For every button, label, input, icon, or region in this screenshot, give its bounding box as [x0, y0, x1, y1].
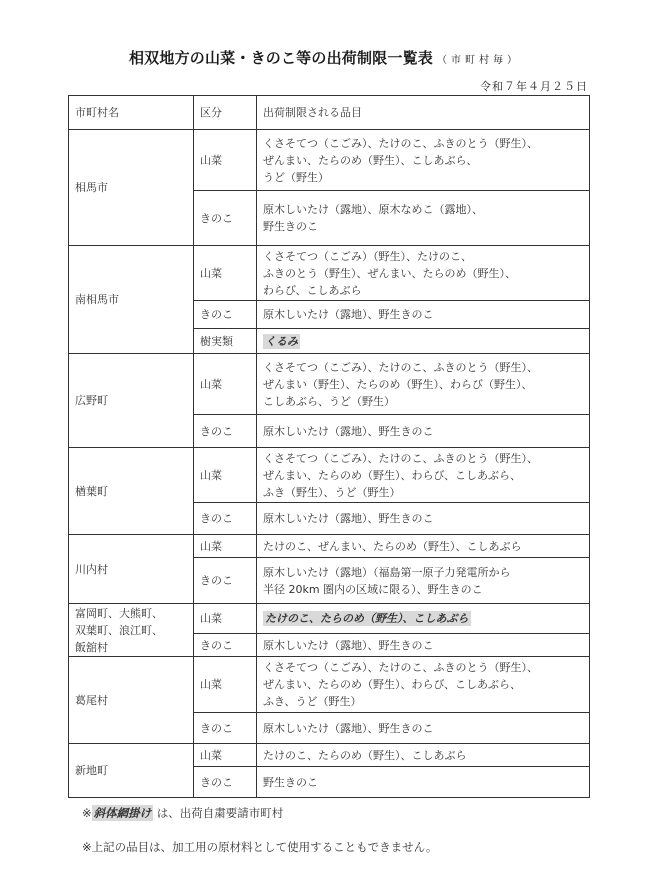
category-cell: きのこ	[194, 503, 257, 535]
item-line: 原木しいたけ（露地）、野生きのこ	[263, 637, 583, 654]
footnote-highlight-legend: ※斜体網掛け は、出荷自粛要請市町村	[82, 805, 283, 821]
municipality-line: 富岡町、大熊町、	[75, 605, 187, 622]
item-line: くさそてつ（こごみ）、たけのこ、ふきのとう（野生）、	[263, 450, 583, 467]
category-cell: 山菜	[194, 657, 257, 713]
items-cell: 原木しいたけ（露地）、野生きのこ	[257, 503, 590, 535]
footnote-processing: ※上記の品目は、加工用の原材料として使用することもできません。	[82, 839, 437, 855]
items-cell: 原木しいたけ（露地）、野生きのこ	[257, 713, 590, 744]
category-cell: 樹実類	[194, 329, 257, 354]
category-cell: 山菜	[194, 448, 257, 503]
category-cell: 山菜	[194, 535, 257, 558]
header-category: 区分	[194, 96, 257, 130]
item-line: くさそてつ（こごみ）（野生）、たけのこ、	[263, 248, 583, 265]
municipality-cell: 新地町	[69, 744, 194, 798]
items-cell: 原木しいたけ（露地）、野生きのこ	[257, 634, 590, 657]
category-cell: きのこ	[194, 191, 257, 246]
items-cell: 原木しいたけ（露地）（福島第一原子力発電所から半径 20km 圏内の区域に限る）…	[257, 558, 590, 604]
item-line: ふき（野生）、うど（野生）	[263, 484, 583, 501]
item-line: ふきのとう（野生）、ぜんまい、たらのめ（野生）、	[263, 265, 583, 282]
restricted-item-highlight: たけのこ、たらのめ（野生）、こしあぶら	[263, 611, 471, 626]
items-cell: 原木しいたけ（露地）、原木なめこ（露地）、野生きのこ	[257, 191, 590, 246]
category-cell: 山菜	[194, 744, 257, 767]
item-line: こしあぶら、うど（野生）	[263, 393, 583, 410]
items-cell: くさそてつ（こごみ）、たけのこ、ふきのとう（野生）、ぜんまい、たらのめ（野生）、…	[257, 130, 590, 191]
category-cell: きのこ	[194, 301, 257, 329]
table-row: 葛尾村山菜くさそてつ（こごみ）、たけのこ、ふきのとう（野生）、ぜんまい、たらのめ…	[69, 657, 590, 713]
item-line: ぜんまい、たらのめ（野生）、わらび、こしあぶら、	[263, 676, 583, 693]
items-cell: 野生きのこ	[257, 767, 590, 798]
items-cell: くさそてつ（こごみ）、たけのこ、ふきのとう（野生）、ぜんまい（野生）、たらのめ（…	[257, 354, 590, 415]
header-items: 出荷制限される品目	[257, 96, 590, 130]
note-mark: ※	[82, 806, 92, 820]
items-cell: くさそてつ（こごみ）（野生）、たけのこ、ふきのとう（野生）、ぜんまい、たらのめ（…	[257, 246, 590, 301]
municipality-cell: 葛尾村	[69, 657, 194, 744]
item-line: ぜんまい、たらのめ（野生）、こしあぶら、	[263, 152, 583, 169]
items-cell: たけのこ、たらのめ（野生）、こしあぶら	[257, 744, 590, 767]
document-date: 令和７年４月２５日	[480, 78, 588, 94]
item-line: ぜんまい（野生）、たらのめ（野生）、わらび（野生）、	[263, 376, 583, 393]
items-cell: くさそてつ（こごみ）、たけのこ、ふきのとう（野生）、ぜんまい、たらのめ（野生）、…	[257, 657, 590, 713]
item-line: 野生きのこ	[263, 218, 583, 235]
item-line: ふき、うど（野生）	[263, 693, 583, 710]
title-main: 相双地方の山菜・きのこ等の出荷制限一覧表	[129, 49, 433, 67]
municipality-cell: 富岡町、大熊町、双葉町、浪江町、飯舘村	[69, 604, 194, 657]
item-line: 野生きのこ	[263, 774, 583, 791]
items-cell: くるみ	[257, 329, 590, 354]
table-row: 富岡町、大熊町、双葉町、浪江町、飯舘村山菜たけのこ、たらのめ（野生）、こしあぶら	[69, 604, 590, 634]
item-line: わらび、こしあぶら	[263, 282, 583, 299]
category-cell: きのこ	[194, 767, 257, 798]
title-sub: （市町村毎）	[437, 55, 521, 66]
item-line: うど（野生）	[263, 169, 583, 186]
item-line: たけのこ、たらのめ（野生）、こしあぶら	[263, 610, 583, 627]
category-cell: きのこ	[194, 558, 257, 604]
item-line: 原木しいたけ（露地）、野生きのこ	[263, 423, 583, 440]
municipality-cell: 川内村	[69, 535, 194, 604]
restricted-item-highlight: くるみ	[263, 334, 300, 349]
category-cell: きのこ	[194, 415, 257, 448]
document-title: 相双地方の山菜・きのこ等の出荷制限一覧表（市町村毎）	[0, 47, 650, 68]
category-cell: 山菜	[194, 130, 257, 191]
item-line: 原木しいたけ（露地）、野生きのこ	[263, 306, 583, 323]
municipality-cell: 広野町	[69, 354, 194, 448]
item-line: くさそてつ（こごみ）、たけのこ、ふきのとう（野生）、	[263, 359, 583, 376]
table-row: 南相馬市山菜くさそてつ（こごみ）（野生）、たけのこ、ふきのとう（野生）、ぜんまい…	[69, 246, 590, 301]
highlight-sample: 斜体網掛け	[92, 805, 154, 821]
table-row: 相馬市山菜くさそてつ（こごみ）、たけのこ、ふきのとう（野生）、ぜんまい、たらのめ…	[69, 130, 590, 191]
item-line: くさそてつ（こごみ）、たけのこ、ふきのとう（野生）、	[263, 659, 583, 676]
note1-text: は、出荷自粛要請市町村	[153, 806, 283, 820]
table-row: 新地町山菜たけのこ、たらのめ（野生）、こしあぶら	[69, 744, 590, 767]
item-line: ぜんまい、たらのめ（野生）、わらび、こしあぶら、	[263, 467, 583, 484]
header-municipality: 市町村名	[69, 96, 194, 130]
category-cell: 山菜	[194, 246, 257, 301]
category-cell: きのこ	[194, 634, 257, 657]
table-row: 川内村山菜たけのこ、ぜんまい、たらのめ（野生）、こしあぶら	[69, 535, 590, 558]
items-cell: 原木しいたけ（露地）、野生きのこ	[257, 415, 590, 448]
item-line: 原木しいたけ（露地）、野生きのこ	[263, 510, 583, 527]
municipality-cell: 南相馬市	[69, 246, 194, 354]
municipality-cell: 楢葉町	[69, 448, 194, 535]
item-line: 原木しいたけ（露地）（福島第一原子力発電所から	[263, 564, 583, 581]
category-cell: 山菜	[194, 354, 257, 415]
item-line: くさそてつ（こごみ）、たけのこ、ふきのとう（野生）、	[263, 135, 583, 152]
municipality-line: 双葉町、浪江町、	[75, 622, 187, 639]
table-row: 広野町山菜くさそてつ（こごみ）、たけのこ、ふきのとう（野生）、ぜんまい（野生）、…	[69, 354, 590, 415]
municipality-cell: 相馬市	[69, 130, 194, 246]
category-cell: 山菜	[194, 604, 257, 634]
items-cell: たけのこ、ぜんまい、たらのめ（野生）、こしあぶら	[257, 535, 590, 558]
item-line: 原木しいたけ（露地）、原木なめこ（露地）、	[263, 201, 583, 218]
item-line: 原木しいたけ（露地）、野生きのこ	[263, 720, 583, 737]
category-cell: きのこ	[194, 713, 257, 744]
municipality-line: 飯舘村	[75, 639, 187, 656]
item-line: 半径 20km 圏内の区域に限る）、野生きのこ	[263, 581, 583, 598]
items-cell: たけのこ、たらのめ（野生）、こしあぶら	[257, 604, 590, 634]
table-header-row: 市町村名 区分 出荷制限される品目	[69, 96, 590, 130]
items-cell: 原木しいたけ（露地）、野生きのこ	[257, 301, 590, 329]
item-line: たけのこ、ぜんまい、たらのめ（野生）、こしあぶら	[263, 538, 583, 555]
item-line: くるみ	[263, 333, 583, 350]
item-line: たけのこ、たらのめ（野生）、こしあぶら	[263, 747, 583, 764]
table-row: 楢葉町山菜くさそてつ（こごみ）、たけのこ、ふきのとう（野生）、ぜんまい、たらのめ…	[69, 448, 590, 503]
restriction-table: 市町村名 区分 出荷制限される品目 相馬市山菜くさそてつ（こごみ）、たけのこ、ふ…	[68, 95, 590, 798]
items-cell: くさそてつ（こごみ）、たけのこ、ふきのとう（野生）、ぜんまい、たらのめ（野生）、…	[257, 448, 590, 503]
